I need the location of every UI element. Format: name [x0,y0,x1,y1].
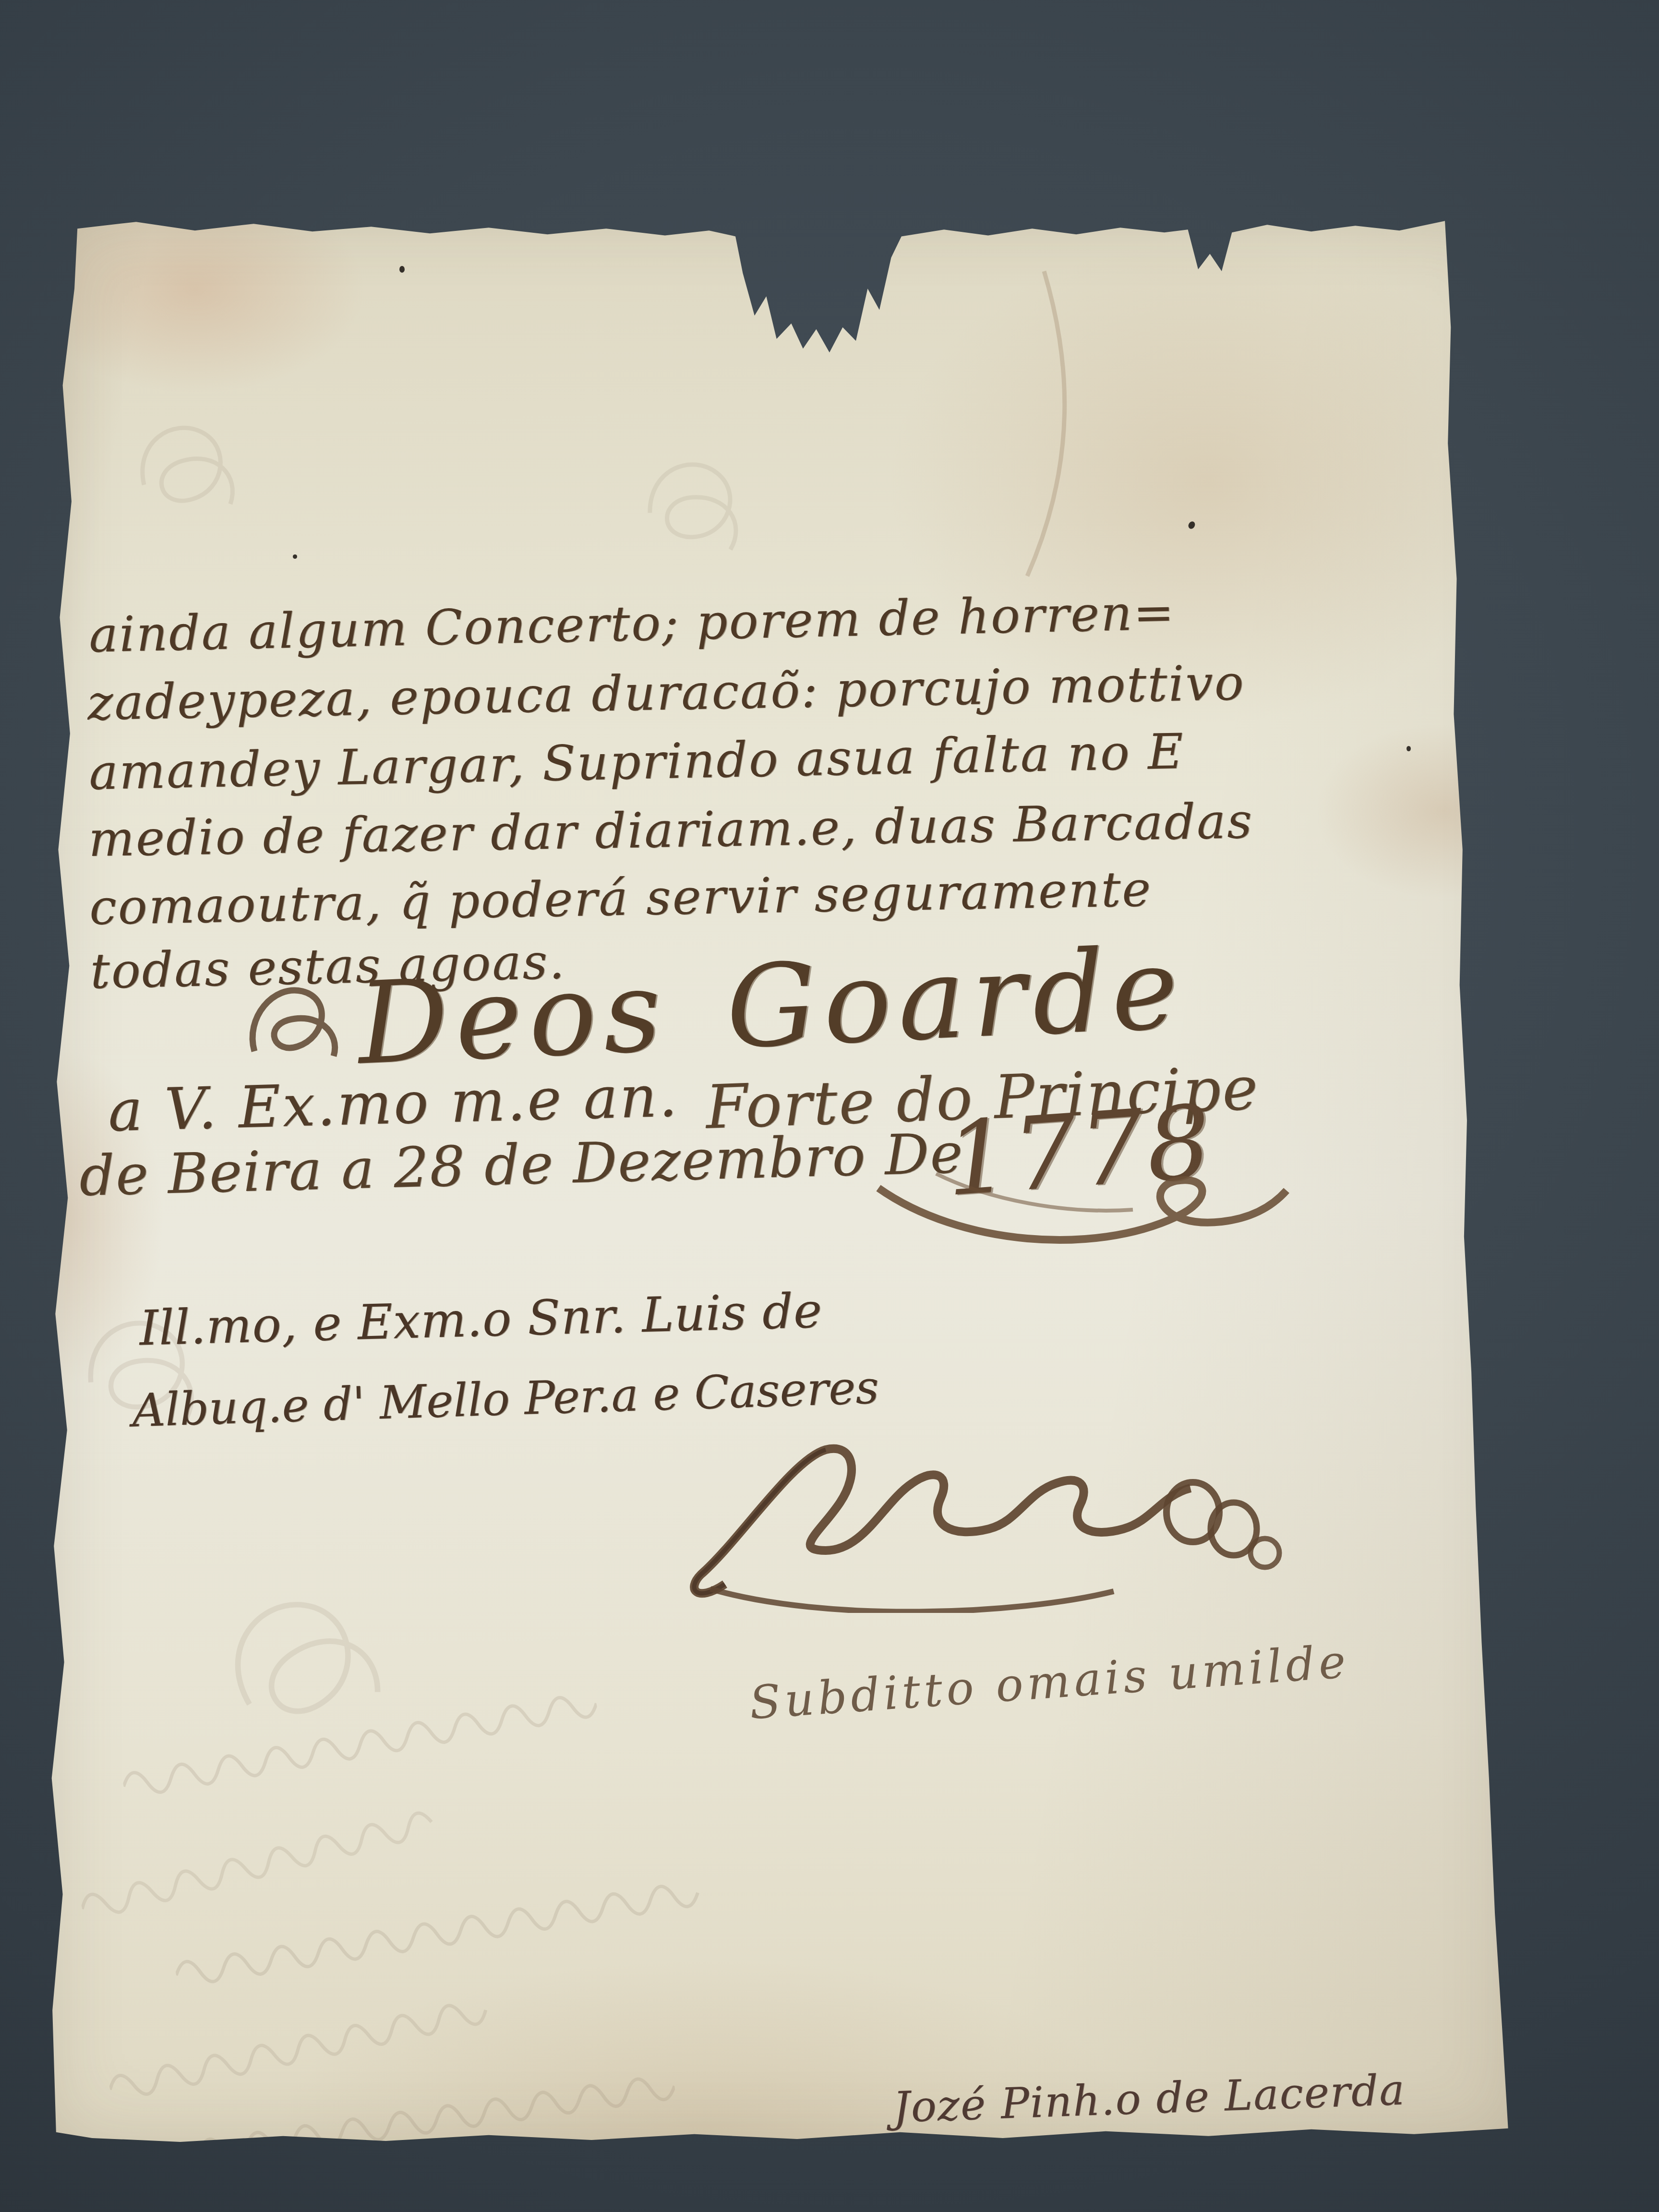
bleedthrough-flourish-icon [188,1552,427,1760]
date-year: 1778 [942,1083,1217,1219]
manuscript-line-1: ainda algum Concerto; porem de horren= [88,584,1176,663]
rubric-flourish-icon [682,1431,1325,1613]
manuscript-line-5: comaoutra, q̃ poderá servir seguramente [89,861,1153,936]
bleedthrough-flourish-icon [130,413,254,518]
addressee-line-1: Ill.mo, e Exm.o Snr. Luis de [139,1282,823,1356]
addressee-line-2: Albuq.e d' Mello Per.a e Caseres [132,1361,880,1438]
bleedthrough-flourish-icon [629,439,773,568]
ink-speck [399,266,405,273]
ink-speck [1407,746,1411,751]
signature-text: Jozé Pinh.o de Lacerda [892,2065,1407,2132]
bleedthrough-stroke-icon [120,1682,600,1808]
photo: { "colors": { "background": "#39424a", "… [0,0,1659,2212]
paper-sheet: ainda algum Concerto; porem de horren= z… [48,211,1517,2146]
ink-speck [293,554,297,559]
manuscript-line-4: medio de fazer dar diariam.e, duas Barca… [88,793,1254,867]
bleedthrough-stroke-icon [77,1800,441,1930]
manuscript-line-3: amandey Largar, Suprindo asua falta no E [88,723,1185,801]
bleedthrough-stroke-icon [998,269,1104,586]
ink-speck [1187,520,1196,530]
bleedthrough-stroke-icon [173,1868,725,1997]
bleedthrough-stroke-icon [106,1984,514,2111]
humility-note: Subditto omais umilde [748,1635,1351,1730]
manuscript-line-2: zadeypeza, epouca duracaõ: porcujo motti… [87,654,1245,731]
